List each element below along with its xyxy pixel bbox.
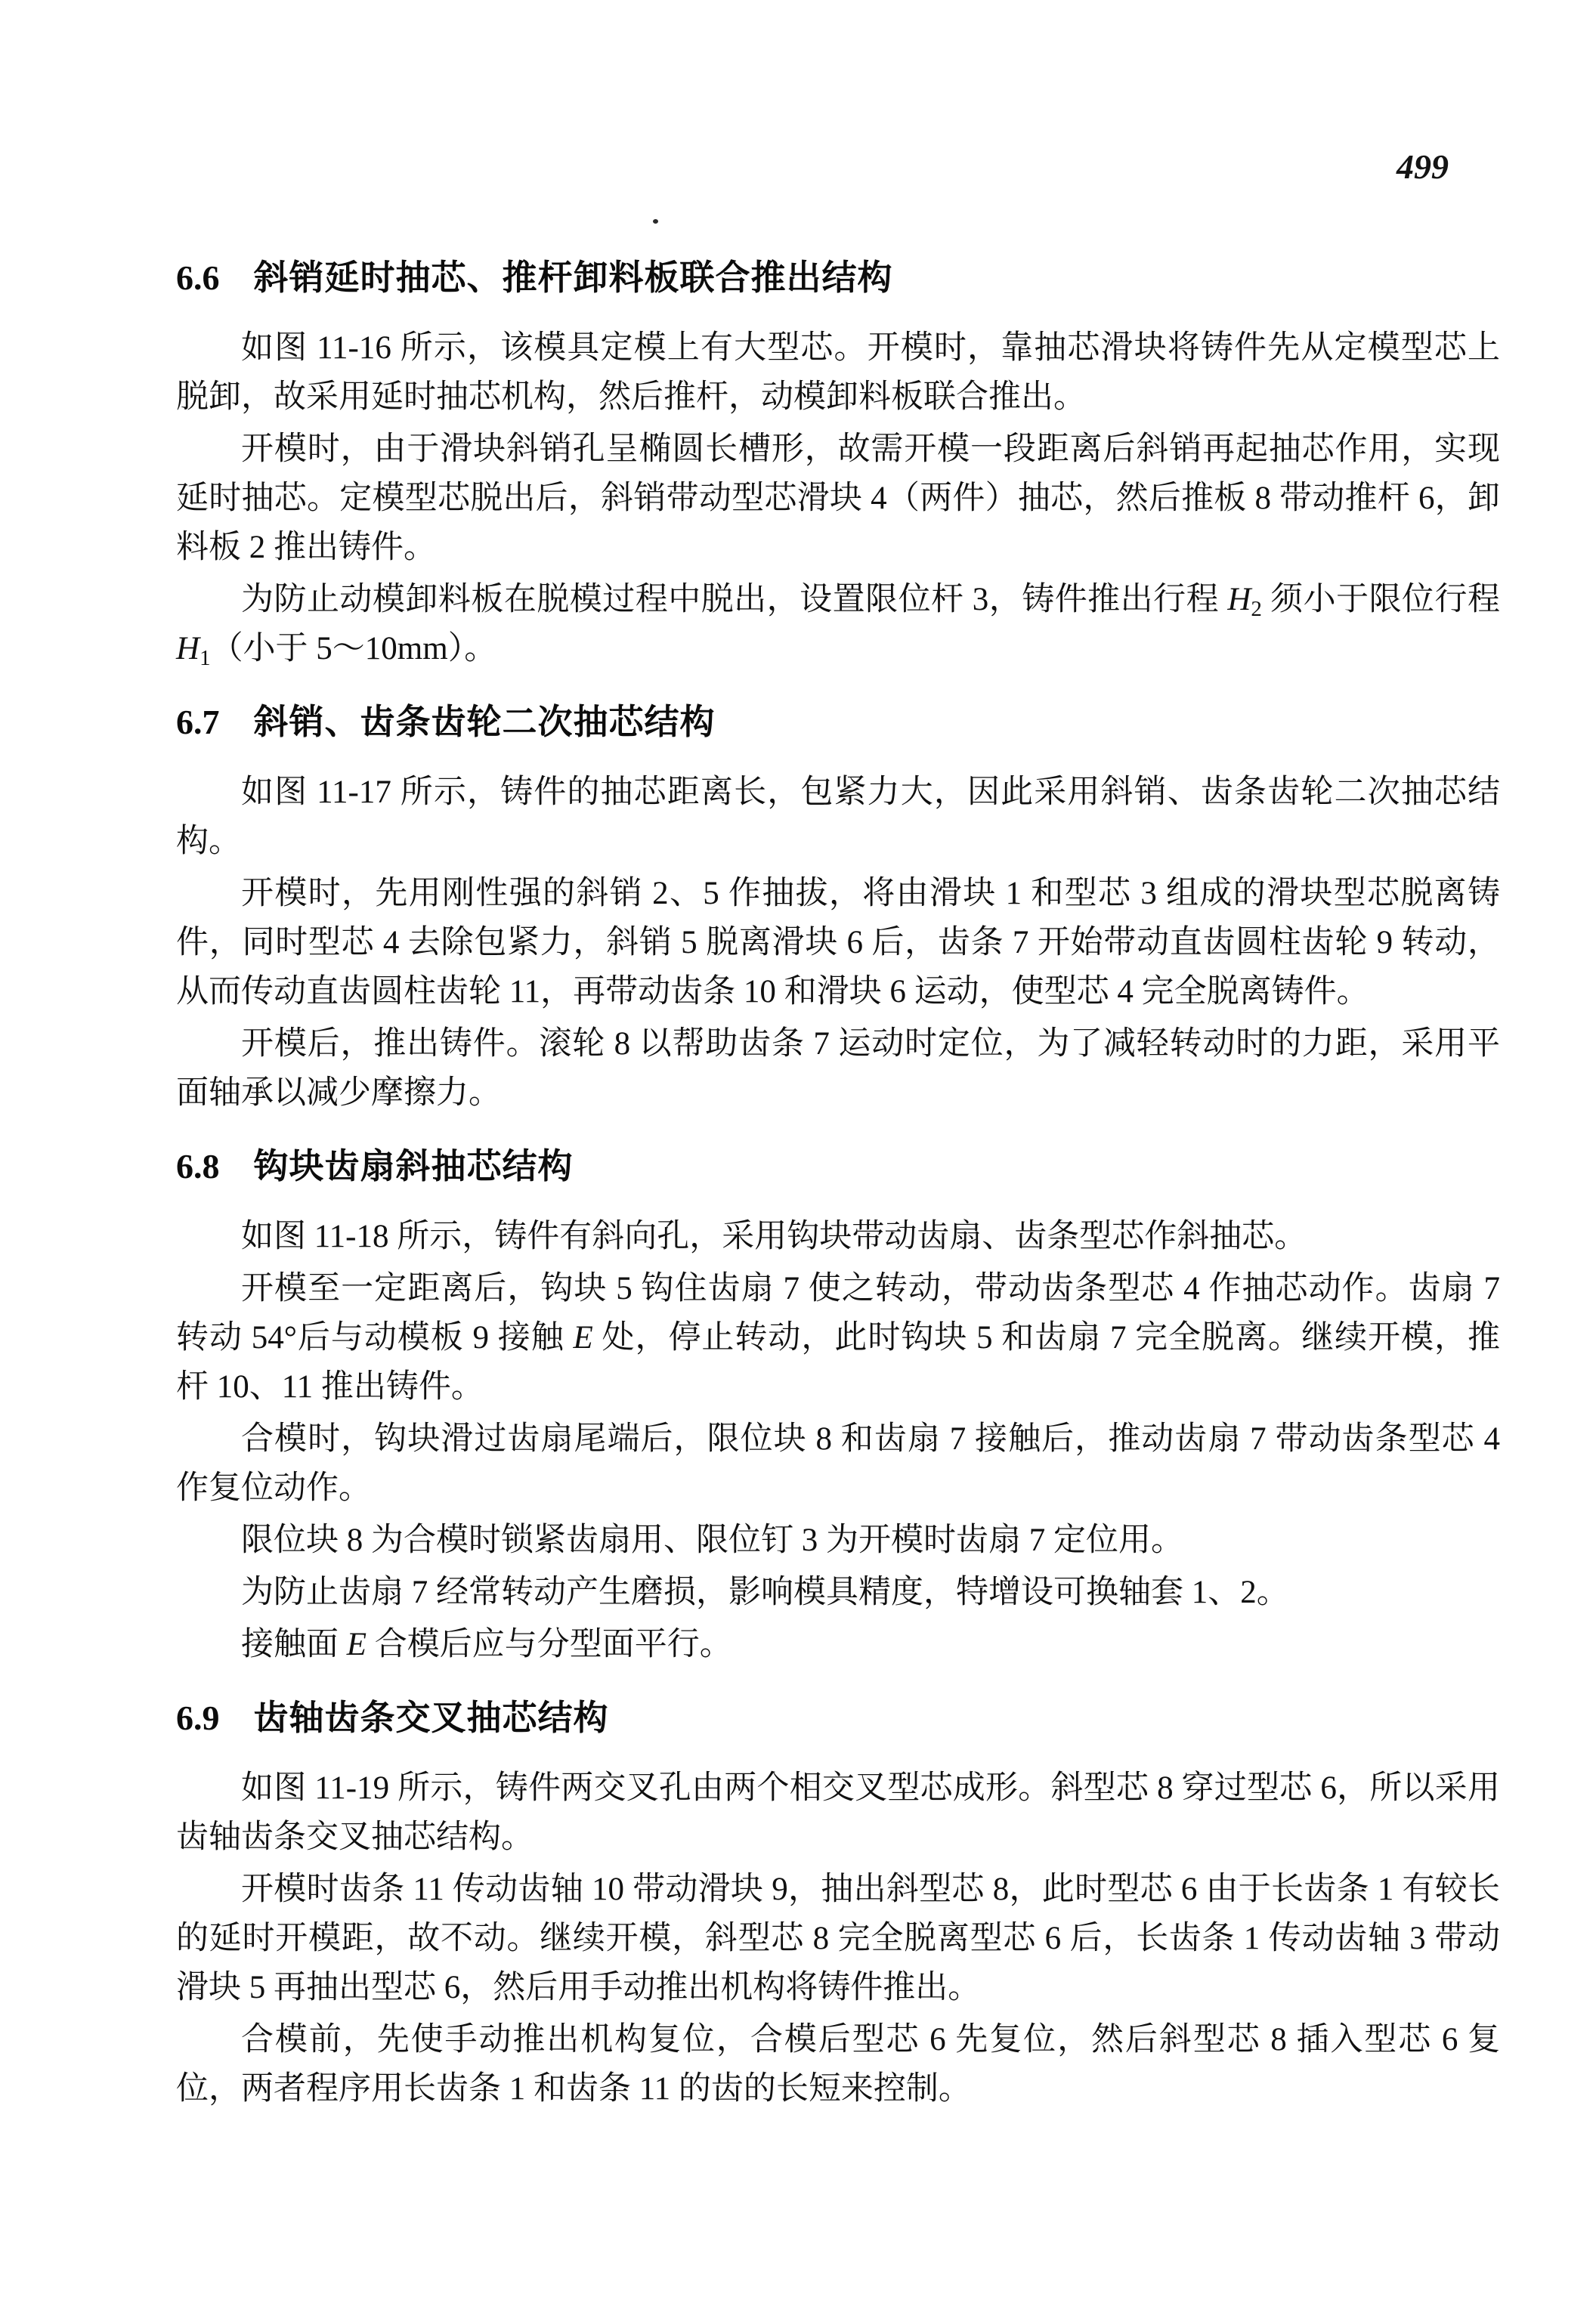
section-6-9-heading: 6.9齿轴齿条交叉抽芯结构 (176, 1695, 1500, 1741)
paragraph: 开模至一定距离后，钩块 5 钩住齿扇 7 使之转动，带动齿条型芯 4 作抽芯动作… (176, 1264, 1500, 1411)
section-6-6-title: 斜销延时抽芯、推杆卸料板联合推出结构 (254, 258, 893, 297)
variable-subscript: 2 (1251, 597, 1262, 621)
paragraph: 开模后，推出铸件。滚轮 8 以帮助齿条 7 运动时定位，为了减轻转动时的力距，采… (176, 1019, 1500, 1118)
paragraph: 开模时，由于滑块斜销孔呈椭圆长槽形，故需开模一段距离后斜销再起抽芯作用，实现延时… (176, 425, 1500, 572)
page-content: 6.6斜销延时抽芯、推杆卸料板联合推出结构 如图 11-16 所示，该模具定模上… (176, 0, 1500, 2116)
variable: E (347, 1627, 367, 1662)
paragraph: 限位块 8 为合模时锁紧齿扇用、限位钉 3 为开模时齿扇 7 定位用。 (176, 1516, 1500, 1565)
paragraph: 为防止动模卸料板在脱模过程中脱出，设置限位杆 3，铸件推出行程 H2 须小于限位… (176, 575, 1500, 673)
section-6-9-paragraphs: 如图 11-19 所示，铸件两交叉孔由两个相交叉型芯成形。斜型芯 8 穿过型芯 … (176, 1764, 1500, 2113)
section-6-6-heading: 6.6斜销延时抽芯、推杆卸料板联合推出结构 (176, 255, 1500, 301)
section-6-8-title: 钩块齿扇斜抽芯结构 (254, 1146, 574, 1186)
section-6-6: 6.6斜销延时抽芯、推杆卸料板联合推出结构 如图 11-16 所示，该模具定模上… (176, 255, 1500, 673)
section-6-7-paragraphs: 如图 11-17 所示，铸件的抽芯距离长，包紧力大，因此采用斜销、齿条齿轮二次抽… (176, 768, 1500, 1118)
variable-subscript: 1 (199, 646, 211, 670)
paragraph: 如图 11-17 所示，铸件的抽芯距离长，包紧力大，因此采用斜销、齿条齿轮二次抽… (176, 768, 1500, 866)
document-page: 499 6.6斜销延时抽芯、推杆卸料板联合推出结构 如图 11-16 所示，该模… (0, 0, 1596, 2297)
variable: E (573, 1320, 592, 1356)
section-6-8-paragraphs: 如图 11-18 所示，铸件有斜向孔，采用钩块带动齿扇、齿条型芯作斜抽芯。开模至… (176, 1212, 1500, 1669)
variable: H (1227, 582, 1251, 617)
section-6-7-heading: 6.7斜销、齿条齿轮二次抽芯结构 (176, 699, 1500, 745)
section-6-9: 6.9齿轴齿条交叉抽芯结构 如图 11-19 所示，铸件两交叉孔由两个相交叉型芯… (176, 1695, 1500, 2113)
paragraph: 接触面 E 合模后应与分型面平行。 (176, 1620, 1500, 1669)
paragraph: 开模时，先用刚性强的斜销 2、5 作抽拔，将由滑块 1 和型芯 3 组成的滑块型… (176, 869, 1500, 1016)
section-6-7-number: 6.7 (176, 703, 220, 741)
paragraph: 如图 11-16 所示，该模具定模上有大型芯。开模时，靠抽芯滑块将铸件先从定模型… (176, 323, 1500, 422)
section-6-6-number: 6.6 (176, 258, 220, 297)
paragraph: 合模前，先使手动推出机构复位，合模后型芯 6 先复位，然后斜型芯 8 插入型芯 … (176, 2015, 1500, 2113)
section-6-7: 6.7斜销、齿条齿轮二次抽芯结构 如图 11-17 所示，铸件的抽芯距离长，包紧… (176, 699, 1500, 1118)
section-6-8-number: 6.8 (176, 1147, 220, 1186)
paragraph: 合模时，钩块滑过齿扇尾端后，限位块 8 和齿扇 7 接触后，推动齿扇 7 带动齿… (176, 1414, 1500, 1513)
section-6-9-title: 齿轴齿条交叉抽芯结构 (254, 1698, 609, 1737)
section-6-8-heading: 6.8钩块齿扇斜抽芯结构 (176, 1143, 1500, 1189)
paragraph: 如图 11-19 所示，铸件两交叉孔由两个相交叉型芯成形。斜型芯 8 穿过型芯 … (176, 1764, 1500, 1862)
section-6-6-paragraphs: 如图 11-16 所示，该模具定模上有大型芯。开模时，靠抽芯滑块将铸件先从定模型… (176, 323, 1500, 673)
paragraph: 开模时齿条 11 传动齿轴 10 带动滑块 9，抽出斜型芯 8，此时型芯 6 由… (176, 1865, 1500, 2012)
section-6-9-number: 6.9 (176, 1699, 220, 1737)
section-6-8: 6.8钩块齿扇斜抽芯结构 如图 11-18 所示，铸件有斜向孔，采用钩块带动齿扇… (176, 1143, 1500, 1669)
section-6-7-title: 斜销、齿条齿轮二次抽芯结构 (254, 702, 716, 741)
variable: H (176, 631, 199, 666)
paragraph: 为防止齿扇 7 经常转动产生磨损，影响模具精度，特增设可换轴套 1、2。 (176, 1568, 1500, 1617)
paragraph: 如图 11-18 所示，铸件有斜向孔，采用钩块带动齿扇、齿条型芯作斜抽芯。 (176, 1212, 1500, 1261)
